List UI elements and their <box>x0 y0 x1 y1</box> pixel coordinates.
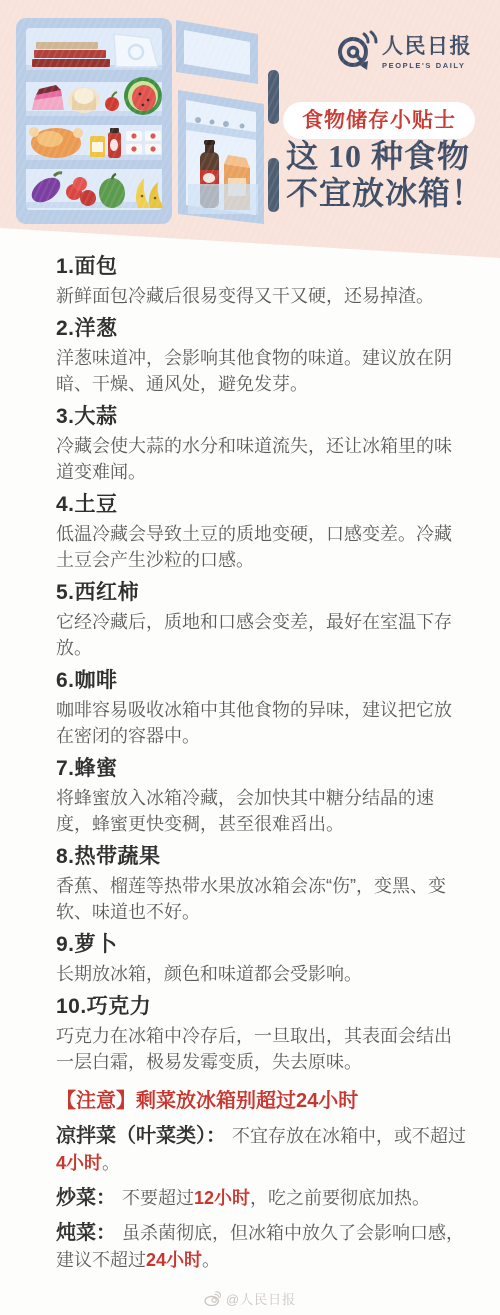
content-card: 1.面包 新鲜面包冷藏后很易变得又干又硬，还易掉渣。 2.洋葱 洋葱味道冲，会影… <box>0 228 500 1315</box>
list-item: 3.大蒜 冷藏会使大蒜的水分和味道流失，还让冰箱里的味道变难闻。 <box>56 404 468 485</box>
infographic-poster: 人民日报 PEOPLE'S DAILY 食物储存小贴士 这 10 种食物 不宜放… <box>0 0 500 1315</box>
item-label: 8.热带蔬果 <box>56 844 468 869</box>
food-list: 1.面包 新鲜面包冷藏后很易变得又干又硬，还易掉渣。 2.洋葱 洋葱味道冲，会影… <box>56 254 468 1075</box>
at-megaphone-icon <box>334 28 378 72</box>
header-section: 人民日报 PEOPLE'S DAILY 食物储存小贴士 这 10 种食物 不宜放… <box>0 0 500 260</box>
watermark-text: @人民日报 <box>226 1289 296 1308</box>
item-label: 5.西红柿 <box>56 580 468 605</box>
item-label: 1.面包 <box>56 254 468 279</box>
weibo-icon <box>204 1291 221 1306</box>
item-label: 2.洋葱 <box>56 316 468 341</box>
notice-header: 【注意】剩菜放冰箱别超过24小时 <box>56 1089 468 1113</box>
notice-row: 凉拌菜（叶菜类）：不宜存放在冰箱中，或不超过4小时。 <box>56 1123 468 1177</box>
item-label: 7.蜂蜜 <box>56 756 468 781</box>
list-item: 7.蜂蜜 将蜂蜜放入冰箱冷藏，会加快其中糖分结晶的速度，蜂蜜更快变稠，甚至很难舀… <box>56 756 468 837</box>
list-item: 5.西红柿 它经冷藏后，质地和口感会变差，最好在室温下存放。 <box>56 580 468 661</box>
item-label: 9.萝卜 <box>56 932 468 957</box>
item-label: 3.大蒜 <box>56 404 468 429</box>
list-item: 1.面包 新鲜面包冷藏后很易变得又干又硬，还易掉渣。 <box>56 254 468 309</box>
logo-brand: 人民日报 <box>382 30 472 60</box>
notice-list: 凉拌菜（叶菜类）：不宜存放在冰箱中，或不超过4小时。炒菜：不要超过12小时，吃之… <box>56 1123 468 1274</box>
notice-row: 炒菜：不要超过12小时，吃之前要彻底加热。 <box>56 1185 468 1212</box>
fridge-illustration <box>12 12 288 228</box>
peoples-daily-logo: 人民日报 PEOPLE'S DAILY <box>334 28 472 72</box>
item-description: 将蜂蜜放入冰箱冷藏，会加快其中糖分结晶的速度，蜂蜜更快变稠，甚至很难舀出。 <box>56 785 468 837</box>
title-line-2: 不宜放冰箱！ <box>286 175 484 212</box>
list-item: 9.萝卜 长期放冰箱，颜色和味道都会受影响。 <box>56 932 468 987</box>
list-item: 8.热带蔬果 香蕉、榴莲等热带水果放冰箱会冻“伤”，变黑、变软、味道也不好。 <box>56 844 468 925</box>
item-description: 它经冷藏后，质地和口感会变差，最好在室温下存放。 <box>56 609 468 661</box>
item-label: 4.土豆 <box>56 492 468 517</box>
item-description: 冷藏会使大蒜的水分和味道流失，还让冰箱里的味道变难闻。 <box>56 433 468 485</box>
item-description: 巧克力在冰箱中冷存后，一旦取出，其表面会结出一层白霜，极易发霉变质，失去原味。 <box>56 1023 468 1075</box>
item-label: 6.咖啡 <box>56 668 468 693</box>
watermark: @人民日报 <box>0 1289 500 1308</box>
notice-row: 炖菜：虽杀菌彻底，但冰箱中放久了会影响口感，建议不超过24小时。 <box>56 1220 468 1274</box>
item-description: 长期放冰箱，颜色和味道都会受影响。 <box>56 961 468 987</box>
list-item: 4.土豆 低温冷藏会导致土豆的质地变硬，口感变差。冷藏土豆会产生沙粒的口感。 <box>56 492 468 573</box>
notice-section: 【注意】剩菜放冰箱别超过24小时 凉拌菜（叶菜类）：不宜存放在冰箱中，或不超过4… <box>56 1089 468 1274</box>
page-title: 这 10 种食物 不宜放冰箱！ <box>286 138 484 212</box>
list-item: 2.洋葱 洋葱味道冲，会影响其他食物的味道。建议放在阴暗、干燥、通风处，避免发芽… <box>56 316 468 397</box>
item-description: 洋葱味道冲，会影响其他食物的味道。建议放在阴暗、干燥、通风处，避免发芽。 <box>56 345 468 397</box>
item-label: 10.巧克力 <box>56 994 468 1019</box>
list-item: 6.咖啡 咖啡容易吸收冰箱中其他食物的异味，建议把它放在密闭的容器中。 <box>56 668 468 749</box>
item-description: 新鲜面包冷藏后很易变得又干又硬，还易掉渣。 <box>56 283 468 309</box>
logo-subtitle: PEOPLE'S DAILY <box>382 61 472 70</box>
item-description: 低温冷藏会导致土豆的质地变硬，口感变差。冷藏土豆会产生沙粒的口感。 <box>56 521 468 573</box>
list-item: 10.巧克力 巧克力在冰箱中冷存后，一旦取出，其表面会结出一层白霜，极易发霉变质… <box>56 994 468 1075</box>
item-description: 咖啡容易吸收冰箱中其他食物的异味，建议把它放在密闭的容器中。 <box>56 697 468 749</box>
item-description: 香蕉、榴莲等热带水果放冰箱会冻“伤”，变黑、变软、味道也不好。 <box>56 873 468 925</box>
title-line-1: 这 10 种食物 <box>286 138 484 175</box>
tips-badge: 食物储存小贴士 <box>283 102 475 139</box>
